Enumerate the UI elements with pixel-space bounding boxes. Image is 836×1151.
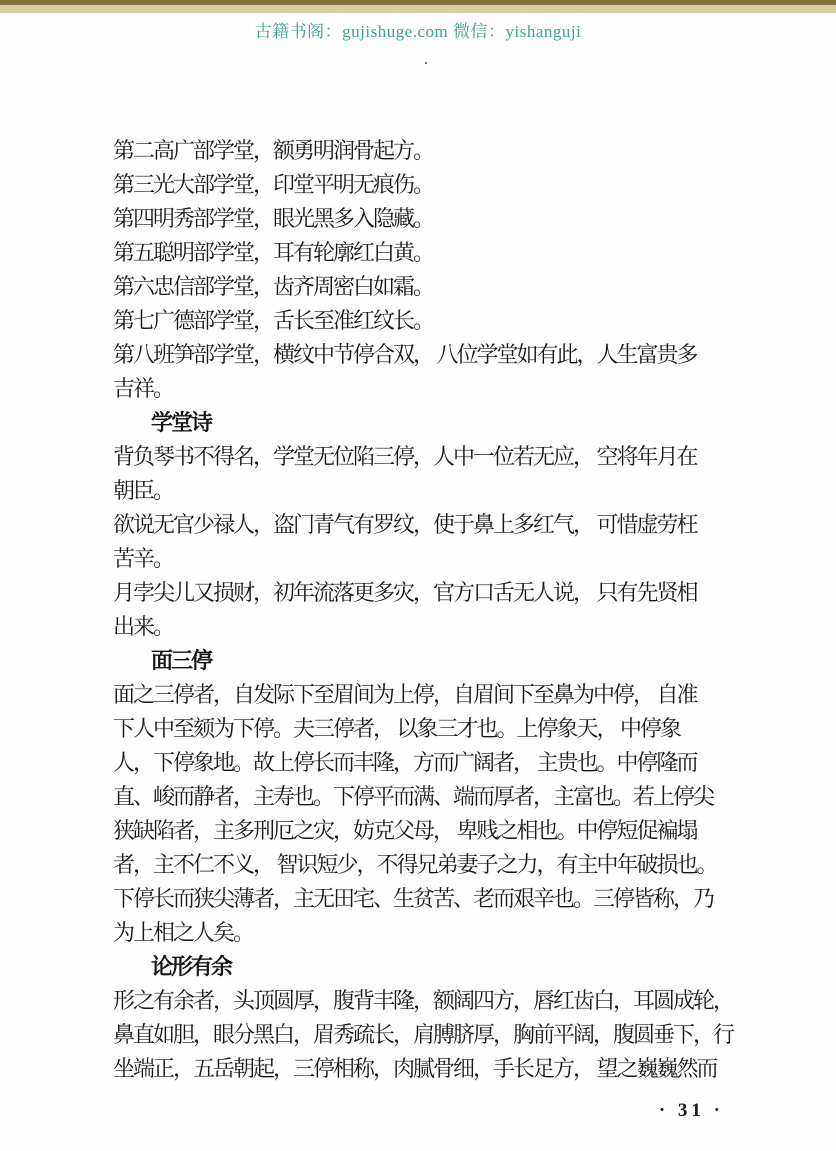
section-heading: 学堂诗 [113, 406, 741, 440]
text-line: 第六忠信部学堂，齿齐周密白如霜。 [113, 270, 741, 304]
section-heading: 论形有余 [113, 950, 741, 984]
text-line: 鼻直如胆，眼分黑白，眉秀疏长，肩膊脐厚，胸前平阔，腹圆垂下，行 [113, 1018, 741, 1052]
text-line: 第五聪明部学堂，耳有轮廓红白黄。 [113, 236, 741, 270]
text-line: 背负琴书不得名，学堂无位陷三停，人中一位若无应， 空将年月在 [113, 440, 741, 474]
text-line: 者，主不仁不义， 智识短少，不得兄弟妻子之力，有主中年破损也。 [113, 848, 741, 882]
page-number: · 31 · [659, 1100, 724, 1121]
text-line: 月孛尖儿又损财，初年流落更多灾，官方口舌无人说， 只有先贤相 [113, 576, 741, 610]
book-page-scan: 古籍书阁：gujishuge.com 微信：yishanguji . 第二高广部… [0, 0, 836, 1151]
text-line: 狭缺陷者，主多刑厄之灾，妨克父母， 卑贱之相也。中停短促褊塌 [113, 814, 741, 848]
text-line: 第八班笋部学堂，横纹中节停合双， 八位学堂如有此，人生富贵多 [113, 338, 741, 372]
text-line: 面之三停者，自发际下至眉间为上停，自眉间下至鼻为中停， 自准 [113, 678, 741, 712]
text-line: 朝臣。 [113, 474, 741, 508]
scan-top-border-tan [0, 5, 836, 13]
text-line: 第七广德部学堂，舌长至准红纹长。 [113, 304, 741, 338]
text-line: 形之有余者，头顶圆厚，腹背丰隆，额阔四方，唇红齿白，耳圆成轮， [113, 984, 741, 1018]
text-line: 出来。 [113, 610, 741, 644]
page-footer: · 31 · [659, 1100, 724, 1122]
text-line: 下停长而狭尖薄者，主无田宅、生贫苦、老而艰辛也。三停皆称，乃 [113, 882, 741, 916]
section-heading: 面三停 [113, 644, 741, 678]
text-line: 欲说无官少禄人，盗门青气有罗纹，使于鼻上多红气， 可惜虚劳枉 [113, 508, 741, 542]
page-content: 第二高广部学堂，额勇明润骨起方。第三光大部学堂，印堂平明无痕伤。第四明秀部学堂，… [113, 134, 741, 1086]
text-line: 第四明秀部学堂，眼光黑多入隐藏。 [113, 202, 741, 236]
text-line: 人，下停象地。故上停长而丰隆，方而广阔者， 主贵也。中停隆而 [113, 746, 741, 780]
text-line: 第二高广部学堂，额勇明润骨起方。 [113, 134, 741, 168]
scan-speck: . [424, 52, 428, 68]
text-line: 坐端正，五岳朝起，三停相称，肉腻骨细，手长足方， 望之巍巍然而 [113, 1052, 741, 1086]
watermark-header: 古籍书阁：gujishuge.com 微信：yishanguji [0, 17, 836, 42]
text-line: 为上相之人矣。 [113, 916, 741, 950]
text-line: 下人中至颏为下停。夫三停者， 以象三才也。上停象天， 中停象 [113, 712, 741, 746]
text-line: 吉祥。 [113, 372, 741, 406]
text-line: 第三光大部学堂，印堂平明无痕伤。 [113, 168, 741, 202]
text-line: 直、峻而静者，主寿也。下停平而满、端而厚者，主富也。若上停尖 [113, 780, 741, 814]
text-line: 苦辛。 [113, 542, 741, 576]
